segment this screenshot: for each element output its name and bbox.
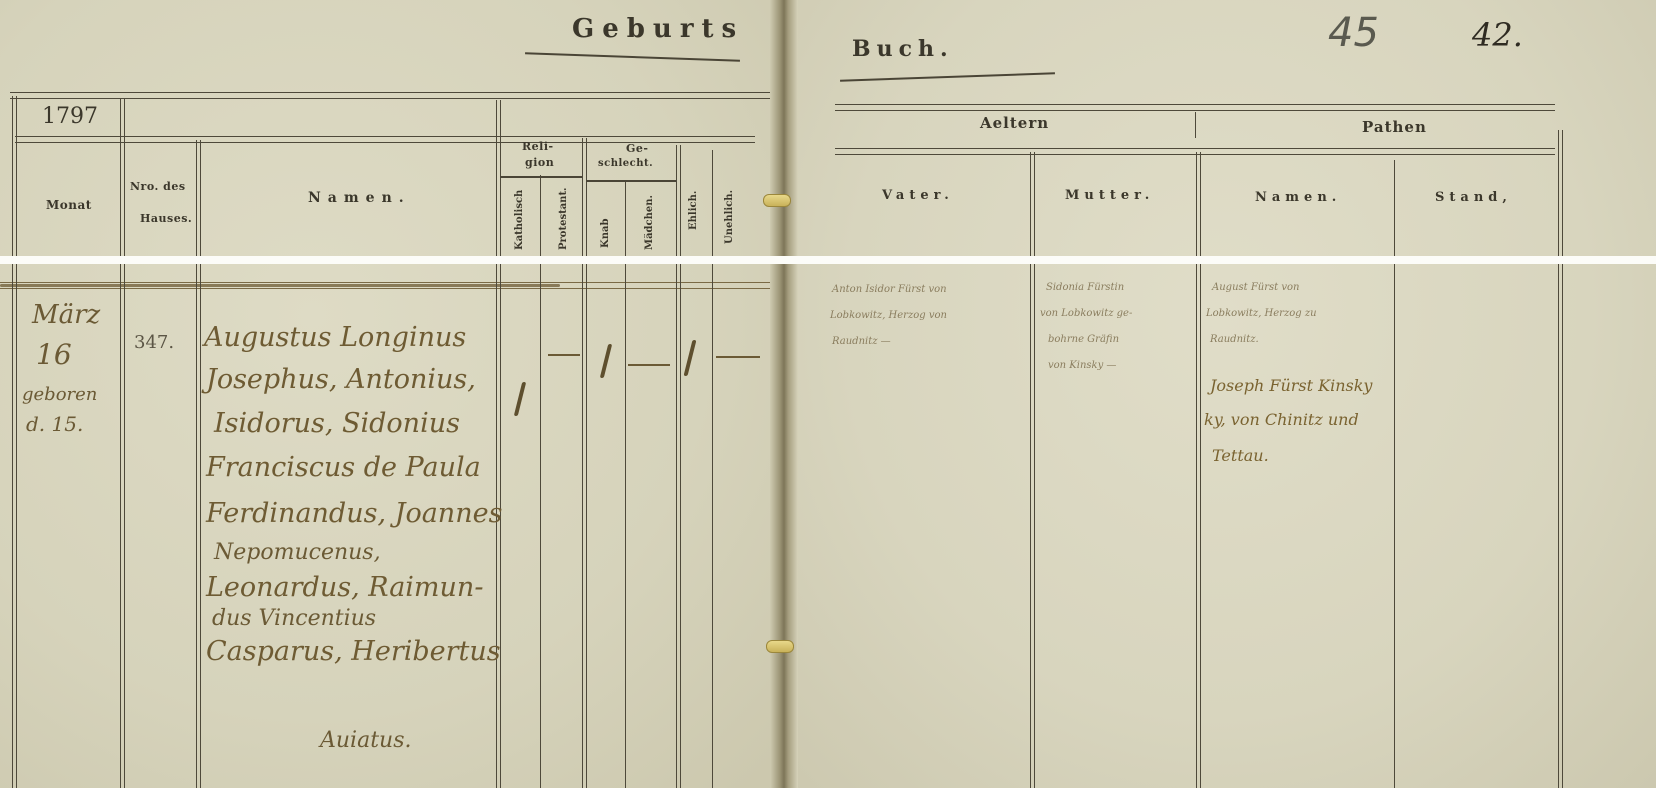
entry-name-line: Isidorus, Sidonius: [214, 408, 460, 439]
page-number-pencil: 45: [1328, 10, 1379, 56]
col-line: [1030, 152, 1035, 788]
entry-name-line: Franciscus de Paula: [206, 452, 481, 483]
header-stand: Stand,: [1435, 190, 1512, 205]
image-split-band: [0, 256, 1656, 264]
binding-thread-top: [763, 194, 791, 207]
header-pathen: Pathen: [1362, 118, 1427, 136]
header-religion-1: Reli-: [522, 140, 554, 153]
right-top-rule: [835, 104, 1555, 111]
godparent-2-line: Joseph Fürst Kinsky: [1210, 376, 1372, 395]
ink-separator: [0, 284, 560, 287]
entry-name-line: Nepomucenus,: [214, 540, 381, 565]
page-number-ink: 42.: [1472, 16, 1523, 54]
col-line: [1558, 130, 1563, 788]
col-line: [712, 150, 713, 788]
binding-thread-bottom: [766, 640, 794, 653]
geschlecht-subrule: [586, 180, 676, 182]
entry-month: März: [32, 300, 100, 330]
col-line: [582, 138, 587, 788]
header-protestant: Protestant.: [558, 186, 569, 250]
father-line: Anton Isidor Fürst von: [832, 284, 947, 295]
header-ehelich: Ehlich.: [688, 170, 699, 230]
godparent-2-line: Tettau.: [1212, 446, 1269, 465]
col-line: [12, 96, 17, 788]
header-madchen: Mädchen.: [644, 190, 655, 250]
col-line: [1394, 160, 1395, 788]
header-knab: Knab: [600, 200, 611, 248]
col-line: [496, 100, 501, 788]
entry-house-number: 347.: [134, 332, 174, 353]
header-vater: Vater.: [882, 188, 954, 203]
entry-name-line: Ferdinandus, Joannes: [206, 498, 502, 529]
entry-name-line: Leonardus, Raimun-: [206, 572, 483, 603]
godparent-1-line: August Fürst von: [1212, 282, 1299, 293]
title-buch: Buch.: [852, 36, 954, 62]
godparent-2-line: ky, von Chinitz und: [1204, 410, 1359, 429]
godparent-1-line: Lobkowitz, Herzog zu: [1206, 308, 1317, 319]
header-namen: Namen.: [308, 190, 411, 206]
col-line: [1196, 152, 1201, 788]
dash: [628, 364, 670, 366]
header-haus-nr-1: Nro. des: [130, 180, 186, 193]
dash: [716, 356, 760, 358]
header-monat: Monat: [46, 198, 92, 212]
header-religion-2: gion: [525, 156, 554, 169]
entry-name-line: Josephus, Antonius,: [206, 364, 476, 395]
entry-born-1: geboren: [22, 384, 97, 405]
dash: [548, 354, 580, 356]
title-geburts: Geburts: [572, 14, 744, 44]
entry-name-line: dus Vincentius: [212, 606, 376, 631]
header-aeltern: Aeltern: [980, 114, 1049, 132]
father-line: Lobkowitz, Herzog von: [830, 310, 947, 321]
entry-name-line: Casparus, Heribertus: [206, 636, 501, 667]
father-line: Raudnitz —: [832, 336, 891, 347]
religion-subrule: [500, 176, 582, 178]
col-line: [540, 175, 541, 788]
mother-line: von Lobkowitz ge-: [1040, 308, 1132, 319]
entry-born-2: d. 15.: [26, 412, 83, 436]
entry-day: 16: [36, 338, 72, 371]
header-geschlecht-1: Ge-: [626, 142, 648, 155]
header-haus-nr-2: Hauses.: [140, 212, 192, 225]
header-geschlecht-2: schlecht.: [598, 158, 653, 169]
mother-line: von Kinsky —: [1048, 360, 1116, 371]
godparent-1-line: Raudnitz.: [1210, 334, 1259, 345]
header-katholisch: Katholisch: [514, 186, 525, 250]
year-label: 1797: [42, 104, 98, 129]
header-pathen-namen: Namen.: [1255, 190, 1341, 205]
aeltern-pathen-divider: [1195, 112, 1196, 138]
col-line: [676, 145, 681, 788]
header-mutter: Mutter.: [1065, 188, 1154, 203]
book-gutter: [770, 0, 798, 788]
mother-line: Sidonia Fürstin: [1046, 282, 1124, 293]
mother-line: bohrne Gräfin: [1048, 334, 1119, 345]
col-line: [625, 180, 626, 788]
right-second-rule: [835, 148, 1555, 155]
entry-status-note: Auiatus.: [320, 728, 412, 753]
header-unehelich: Unehlich.: [724, 180, 735, 244]
entry-name-line: Augustus Longinus: [204, 322, 466, 353]
col-line: [120, 98, 125, 788]
col-line: [196, 140, 201, 788]
